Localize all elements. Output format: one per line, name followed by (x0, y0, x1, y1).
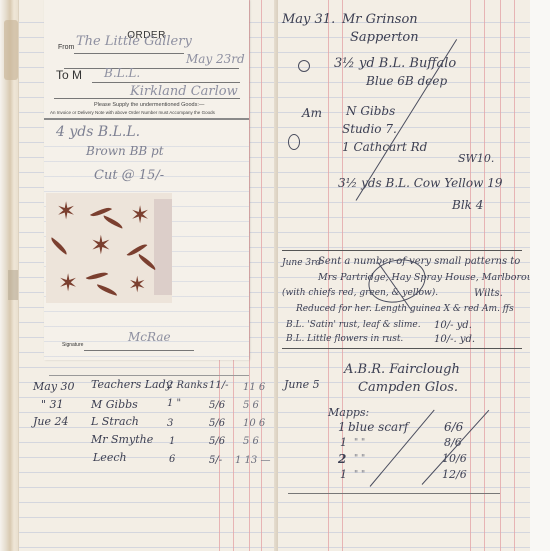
list-qty: 1 (338, 420, 346, 434)
list-qty: 1 (340, 436, 347, 449)
order-item: Cut @ 15/- (94, 168, 164, 183)
order-item: Brown BB pt (86, 144, 164, 158)
ledger-qty: 3 (167, 418, 173, 429)
ledger-total: 11 6 (243, 382, 265, 393)
entry-text: Wilts. (474, 288, 503, 299)
entry-mark: Am (302, 106, 322, 120)
ledger-total: 5 6 (243, 436, 259, 447)
ledger-name: M Gibbs (91, 398, 138, 411)
to-label: To M (56, 68, 82, 82)
customer-name: Mr Grinson (342, 12, 418, 27)
ledger-total: 1 13 — (235, 455, 270, 466)
ledger-price: 5/6 (209, 400, 225, 411)
star-motif-icon: ✶ (128, 275, 146, 297)
order-slip: ORDER From The Little Gallery May 23rd T… (44, 0, 249, 360)
ledger-qty: 1 " (167, 398, 181, 409)
ledger-price: 5/- (209, 455, 222, 466)
entry-price: 10/-. yd. (434, 334, 475, 345)
ledger-name: Mr Smythe (91, 433, 153, 446)
customer-place: Sapperton (350, 30, 419, 45)
list-desc: " " (354, 454, 365, 464)
ledger-date: " 31 (41, 398, 64, 411)
right-page: May 31. Mr Grinson Sapperton 3½ yd B.L. … (278, 0, 530, 551)
customer-name: A.B.R. Fairclough (344, 362, 460, 377)
circle-mark-icon (298, 60, 310, 72)
star-motif-icon: ✶ (56, 199, 76, 223)
list-qty: 1 (340, 468, 347, 481)
ledger-price: 5/6 (209, 436, 225, 447)
background (530, 0, 550, 551)
customer-name: N Gibbs (346, 104, 395, 118)
list-heading: Mapps: (328, 406, 369, 419)
list-qty: 2 (338, 452, 346, 466)
customer-address: Studio 7. (342, 122, 397, 136)
ledger-date: Jue 24 (33, 415, 69, 428)
list-desc: " " (354, 470, 365, 480)
to-value: B.L.L. (104, 66, 140, 80)
entry-text: B.L. 'Satin' rust, leaf & slime. (286, 320, 421, 330)
ledger-name: Leech (93, 451, 127, 464)
star-motif-icon: ✶ (130, 203, 150, 227)
list-desc: blue scarf (348, 420, 408, 434)
list-desc: " " (354, 438, 365, 448)
fabric-swatch: ✶ ✶ ✶ ✶ ✶ (46, 193, 172, 303)
entry-item: Blk 4 (452, 198, 483, 212)
ledger-name: Teachers Lady (91, 378, 172, 391)
ledger-price: 11/- (209, 380, 228, 391)
ledger-qty: 2 Ranks (167, 380, 208, 391)
customer-place: Campden Glos. (358, 380, 458, 395)
entry-date: June 5 (284, 378, 320, 391)
signature-value: McRae (128, 330, 171, 344)
entry-text: Reduced for her. Length guinea X & red A… (296, 304, 514, 314)
instruction-text: Please Supply the undermentioned Goods:— (94, 102, 204, 108)
star-motif-icon: ✶ (58, 271, 78, 295)
order-item: 4 yds B.L.L. (56, 124, 140, 140)
entry-date: May 31. (282, 12, 335, 27)
ledger-qty: 6 (169, 454, 175, 465)
entry-item: Blue 6B deep (366, 74, 447, 88)
ledger-qty: 1 (169, 436, 175, 447)
signature-label: Signature (62, 342, 83, 348)
circle-mark-icon (288, 134, 300, 150)
from-value: The Little Gallery (76, 34, 192, 49)
to-address: Kirkland Carlow (130, 84, 238, 99)
ledger-price: 5/6 (209, 418, 225, 429)
from-label: From (58, 44, 74, 51)
customer-postcode: SW10. (458, 152, 494, 165)
ledger-total: 5 6 (243, 400, 259, 411)
entry-price: 10/- yd. (434, 320, 472, 331)
order-date: May 23rd (186, 52, 245, 66)
ledger-date: May 30 (33, 380, 75, 393)
fine-print: An Invoice or Delivery Note with above O… (50, 110, 215, 115)
page-tab (8, 270, 18, 300)
star-motif-icon: ✶ (90, 233, 112, 259)
list-price: 12/6 (442, 468, 467, 481)
ledger-total: 10 6 (243, 418, 265, 429)
torn-edge (4, 20, 18, 80)
list-price: 6/6 (444, 420, 463, 434)
ledger-name: L Strach (91, 415, 139, 428)
entry-text: B.L. Little flowers in rust. (286, 334, 403, 344)
entry-date: June 3rd (282, 258, 321, 268)
